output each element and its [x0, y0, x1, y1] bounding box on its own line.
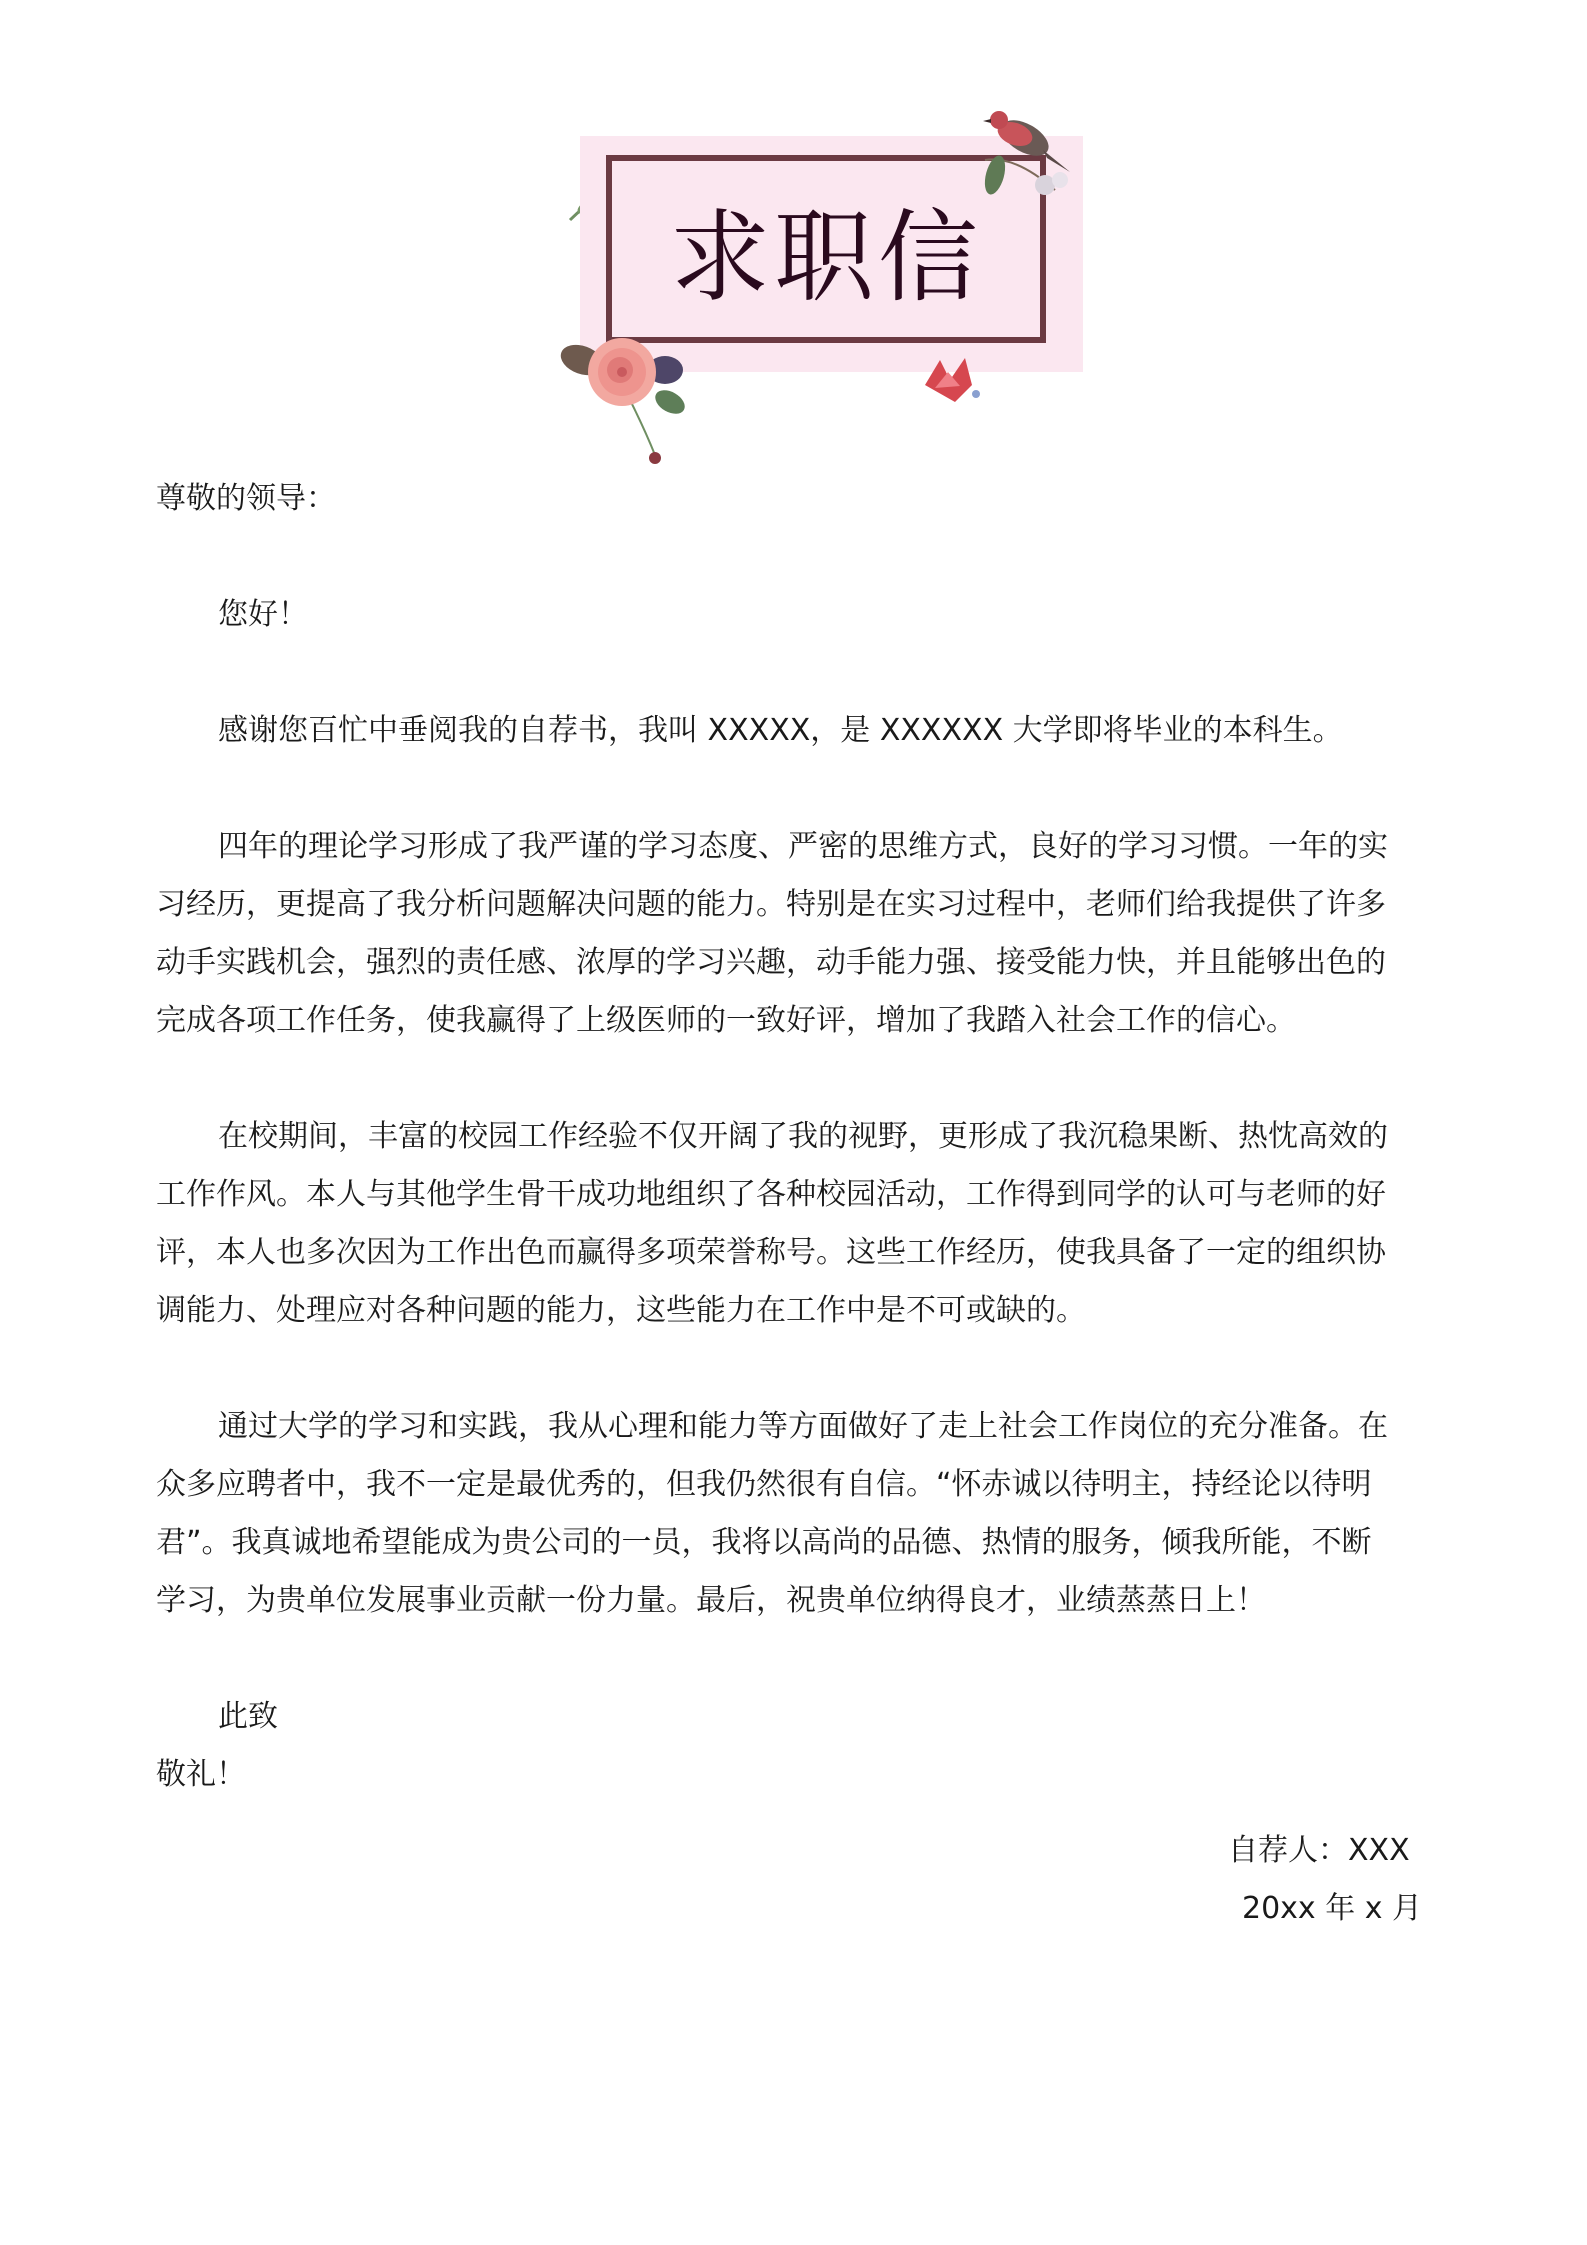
paragraph-line: 调能力、处理应对各种问题的能力，这些能力在工作中是不可或缺的。 [156, 1282, 1468, 1340]
paragraph-line: 四年的理论学习形成了我严谨的学习态度、严密的思维方式，良好的学习习惯。一年的实 [156, 818, 1468, 876]
paragraph-study: 四年的理论学习形成了我严谨的学习态度、严密的思维方式，良好的学习习惯。一年的实 … [156, 818, 1468, 1050]
paragraph-line: 感谢您百忙中垂阅我的自荐书，我叫 XXXXX，是 XXXXXX 大学即将毕业的本… [156, 702, 1468, 760]
date: 20xx 年 x 月 [1228, 1880, 1422, 1938]
paragraph-line: 学习，为贵单位发展事业贡献一份力量。最后，祝贵单位纳得良才，业绩蒸蒸日上！ [156, 1572, 1468, 1630]
paragraph-line: 完成各项工作任务，使我赢得了上级医师的一致好评，增加了我踏入社会工作的信心。 [156, 992, 1468, 1050]
paragraph-line: 工作作风。本人与其他学生骨干成功地组织了各种校园活动，工作得到同学的认可与老师的… [156, 1166, 1468, 1224]
bird-icon [955, 100, 1095, 210]
paragraph-line: 评，本人也多次因为工作出色而赢得多项荣誉称号。这些工作经历，使我具备了一定的组织… [156, 1224, 1468, 1282]
rose-icon [560, 330, 710, 470]
letter-body: 尊敬的领导： 您好！ 感谢您百忙中垂阅我的自荐书，我叫 XXXXX，是 XXXX… [156, 470, 1468, 1804]
paragraph-line: 动手实践机会，强烈的责任感、浓厚的学习兴趣，动手能力强、接受能力快，并且能够出色… [156, 934, 1468, 992]
letter-header: 求职信 [560, 100, 1100, 470]
signature-block: 自荐人：XXX 20xx 年 x 月 [1228, 1822, 1422, 1938]
paragraph-closing: 通过大学的学习和实践，我从心理和能力等方面做好了走上社会工作岗位的充分准备。在 … [156, 1398, 1468, 1630]
closing-line-2: 敬礼！ [156, 1746, 1468, 1804]
paragraph-campus: 在校期间，丰富的校园工作经验不仅开阔了我的视野，更形成了我沉稳果断、热忱高效的 … [156, 1108, 1468, 1340]
signature: 自荐人：XXX [1228, 1822, 1422, 1880]
flower-icon [910, 350, 990, 410]
paragraph-line: 习经历，更提高了我分析问题解决问题的能力。特别是在实习过程中，老师们给我提供了许… [156, 876, 1468, 934]
paragraph-line: 众多应聘者中，我不一定是最优秀的，但我仍然很有自信。“怀赤诚以待明主，持经论以待… [156, 1456, 1468, 1514]
closing-line-1: 此致 [156, 1688, 1468, 1746]
paragraph-intro: 感谢您百忙中垂阅我的自荐书，我叫 XXXXX，是 XXXXXX 大学即将毕业的本… [156, 702, 1468, 760]
paragraph-line: 在校期间，丰富的校园工作经验不仅开阔了我的视野，更形成了我沉稳果断、热忱高效的 [156, 1108, 1468, 1166]
paragraph-line: 通过大学的学习和实践，我从心理和能力等方面做好了走上社会工作岗位的充分准备。在 [156, 1398, 1468, 1456]
salutation: 尊敬的领导： [156, 470, 1468, 528]
greeting: 您好！ [156, 586, 1468, 644]
paragraph-line: 君”。我真诚地希望能成为贵公司的一员，我将以高尚的品德、热情的服务，倾我所能，不… [156, 1514, 1468, 1572]
